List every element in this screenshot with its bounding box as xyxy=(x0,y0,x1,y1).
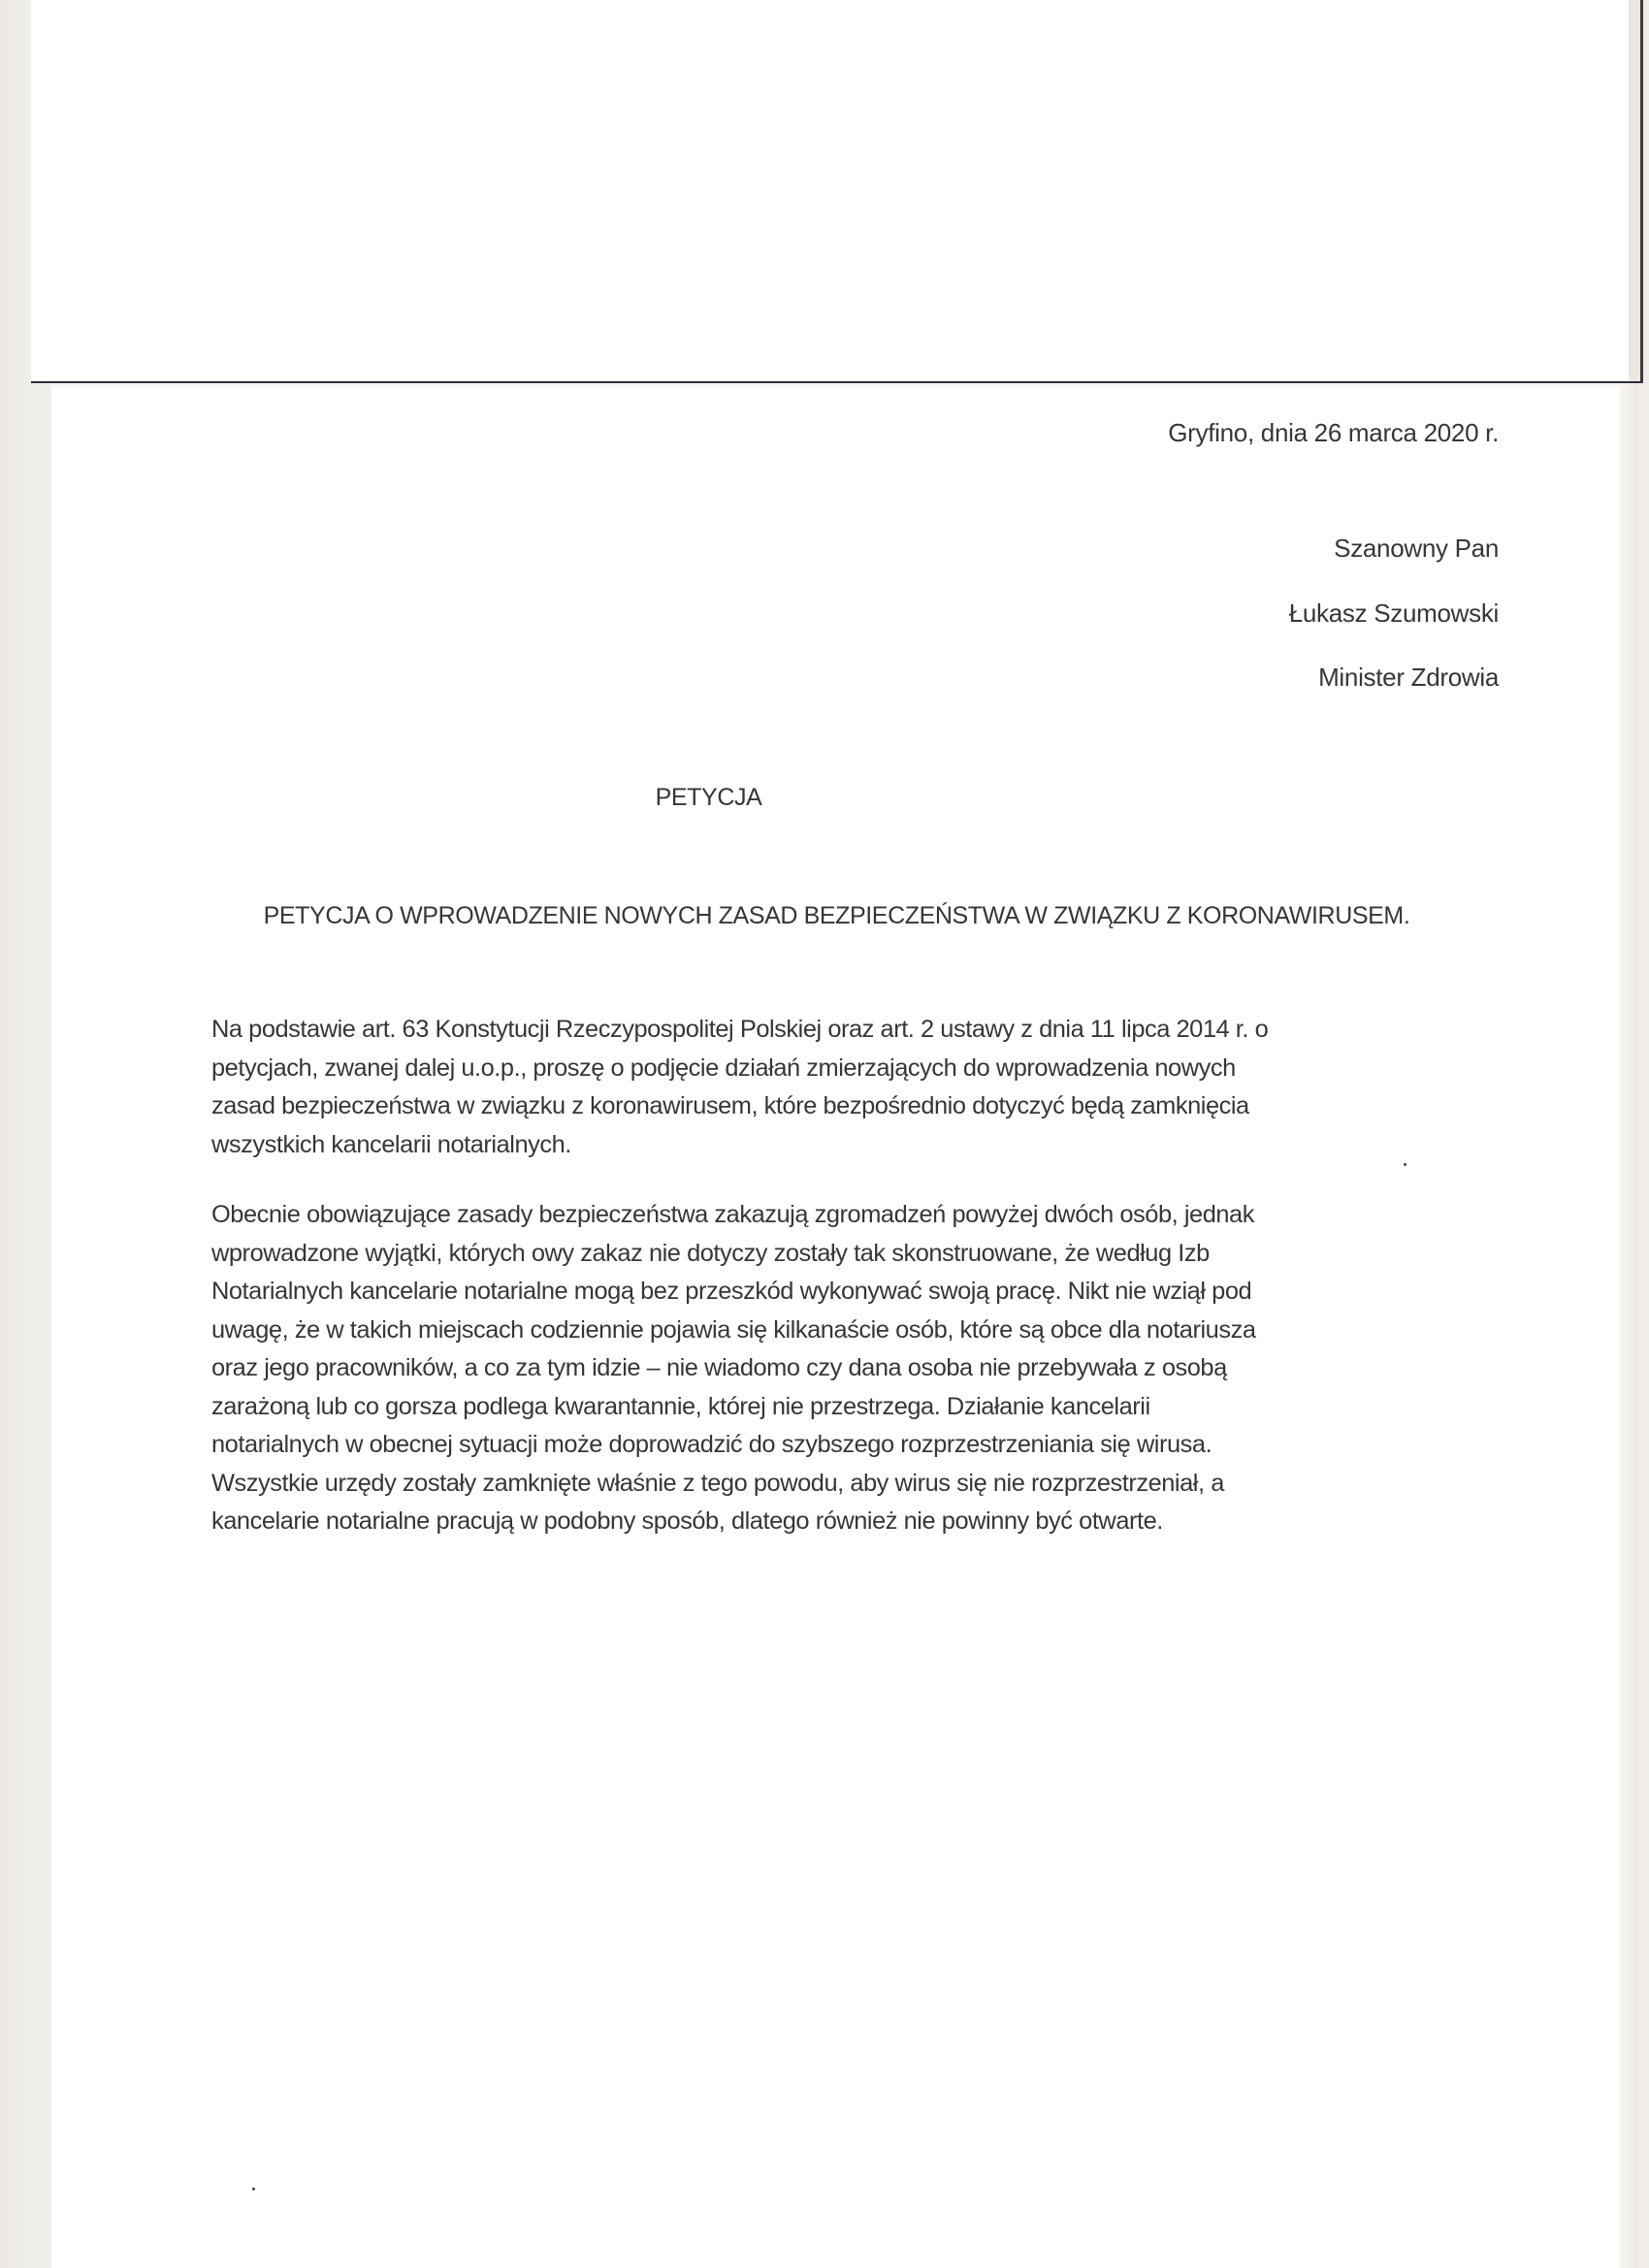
paragraph-line: Obecnie obowiązujące zasady bezpieczeńst… xyxy=(211,1196,1516,1235)
scanner-edge xyxy=(0,0,31,2268)
paragraph-line: zarażoną lub co gorsza podlega kwarantan… xyxy=(211,1388,1516,1427)
paragraph-line: oraz jego pracowników, a co za tym idzie… xyxy=(211,1349,1516,1388)
paragraph-line: petycjach, zwanej dalej u.o.p., proszę o… xyxy=(211,1050,1516,1088)
document-page: Gryfino, dnia 26 marca 2020 r. Szanowny … xyxy=(51,383,1637,2268)
back-sheet xyxy=(31,0,1643,383)
page-edge-shadow xyxy=(51,383,1637,391)
paragraph-line: uwagę, że w takich miejscach codziennie … xyxy=(211,1312,1516,1350)
paragraph-1: Na podstawie art. 63 Konstytucji Rzeczyp… xyxy=(211,1011,1516,1164)
paragraph-line: Notarialnych kancelarie notarialne mogą … xyxy=(211,1273,1516,1312)
scan-speck xyxy=(252,2187,255,2190)
addressee-title: Minister Zdrowia xyxy=(1318,663,1499,693)
paragraph-line: wszystkich kancelarii notarialnych. xyxy=(211,1126,1516,1165)
paragraph-line: notarialnych w obecnej sytuacji może dop… xyxy=(211,1426,1516,1465)
paragraph-2: Obecnie obowiązujące zasady bezpieczeńst… xyxy=(211,1196,1516,1541)
scan-speck xyxy=(1404,1163,1406,1166)
paragraph-line: zasad bezpieczeństwa w związku z koronaw… xyxy=(211,1087,1516,1126)
paragraph-line: Wszystkie urzędy zostały zamknięte właśn… xyxy=(211,1465,1516,1504)
document-subject: PETYCJA O WPROWADZENIE NOWYCH ZASAD BEZP… xyxy=(184,902,1489,930)
paragraph-line: wprowadzone wyjątki, których owy zakaz n… xyxy=(211,1235,1516,1274)
addressee-salutation: Szanowny Pan xyxy=(1334,534,1499,564)
document-title: PETYCJA xyxy=(51,784,1366,812)
addressee-name: Łukasz Szumowski xyxy=(1289,599,1499,629)
place-date: Gryfino, dnia 26 marca 2020 r. xyxy=(1168,418,1499,448)
paragraph-line: kancelarie notarialne pracują w podobny … xyxy=(211,1503,1516,1541)
paragraph-line: Na podstawie art. 63 Konstytucji Rzeczyp… xyxy=(211,1011,1516,1050)
